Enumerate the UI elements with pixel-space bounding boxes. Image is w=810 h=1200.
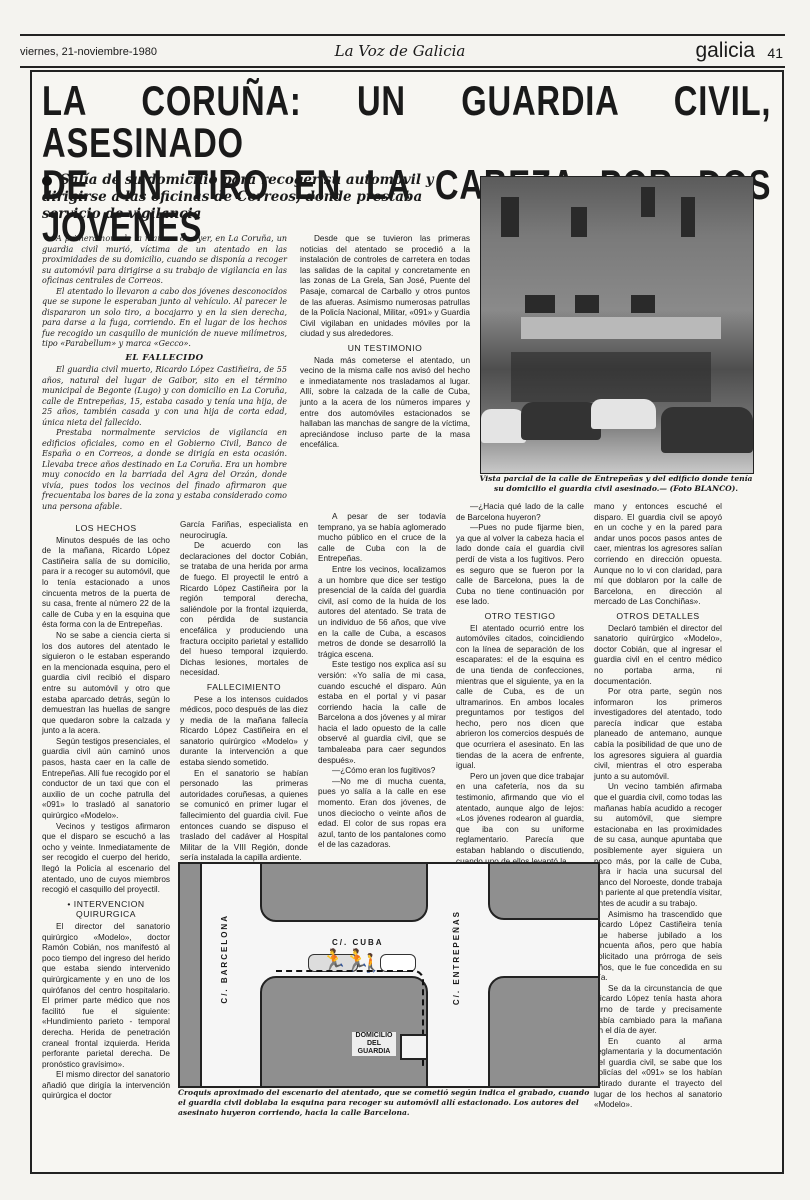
paragraph: Entre los vecinos, localizamos a un homb… [318, 565, 446, 660]
street-label-barcelona: C/. BARCELONA [220, 914, 229, 1004]
paragraph: El director del sanatorio quirúrgico «Mo… [42, 922, 170, 1070]
bullet-icon [42, 176, 52, 186]
masthead: viernes, 21-noviembre-1980 La Voz de Gal… [20, 34, 785, 68]
photo-window [681, 197, 695, 237]
paragraph: El mismo director del sanatorio añadió q… [42, 1070, 170, 1102]
photo-storefront [511, 352, 711, 402]
newspaper-logo: La Voz de Galicia [230, 42, 570, 60]
paragraph: Por otra parte, según nos informaron los… [594, 687, 722, 782]
paragraph: —¿Hacia qué lado de la calle de Barcelon… [456, 502, 584, 523]
lead-column: A primera hora de la mañana de ayer, en … [42, 234, 287, 512]
photo-car [661, 407, 753, 453]
deck-text: Salía de su domicilio para recoger su au… [42, 172, 434, 222]
paragraph: —Pues no pude fijarme bien, ya que al vo… [456, 523, 584, 608]
paragraph: Minutos después de las ocho de la mañana… [42, 536, 170, 631]
photo-window [525, 295, 555, 313]
lead-paragraph: A primera hora de la mañana de ayer, en … [42, 234, 287, 287]
subheadline: Salía de su domicilio para recoger su au… [42, 172, 462, 223]
paragraph: Desde que se tuvieron las primeras notic… [300, 234, 470, 340]
domicilio-label: DOMICILIO DEL GUARDIA [352, 1032, 396, 1056]
street-label-entrepenas: C/. ENTREPEÑAS [452, 910, 461, 1005]
subhead-otro-testigo: OTRO TESTIGO [456, 611, 584, 622]
column-3: A pesar de ser todavía temprano, ya se h… [318, 512, 446, 851]
column-top-right: Desde que se tuvieron las primeras notic… [300, 234, 470, 451]
subhead-los-hechos: LOS HECHOS [42, 523, 170, 534]
paragraph: Pero un joven que dice trabajar en una c… [456, 772, 584, 867]
paragraph: —¿Cómo eran los fugitivos? [318, 766, 446, 777]
column-2: García Fariñas, especialista en neurocir… [180, 520, 308, 864]
map-caption: Croquis aproximado del escenario del ate… [178, 1088, 596, 1118]
article-frame: LA CORUÑA: UN GUARDIA CIVIL, ASESINADO D… [30, 70, 784, 1174]
map-block [178, 862, 202, 1088]
lead-paragraph: El guardia civil muerto, Ricardo López C… [42, 365, 287, 428]
column-4: —¿Hacia qué lado de la calle de Barcelon… [456, 502, 584, 867]
photo-car [591, 399, 656, 429]
house-icon [400, 1034, 428, 1060]
crime-scene-map: C/. CUBA C/. BARCELONA C/. ENTREPEÑAS 🏃🏃… [178, 862, 600, 1088]
subhead-otros-detalles: OTROS DETALLES [594, 611, 722, 622]
map-block [260, 862, 428, 922]
paragraph: Declaró también el director del sanatori… [594, 624, 722, 688]
paragraph: No se sabe a ciencia cierta si los dos a… [42, 631, 170, 737]
street-photo [480, 176, 754, 474]
subhead-fallecimiento: FALLECIMIENTO [180, 682, 308, 693]
photo-window [501, 197, 519, 237]
paragraph: —No me di mucha cuenta, pues yo salía a … [318, 777, 446, 851]
section-name: galicia [695, 39, 755, 63]
lead-paragraph: Prestaba normalmente servicios de vigila… [42, 428, 287, 512]
photo-window [571, 207, 587, 237]
column-1: LOS HECHOS Minutos después de las ocho d… [42, 520, 170, 1102]
subhead-el-fallecido: EL FALLECIDO [42, 353, 287, 364]
photo-balcony [521, 317, 721, 339]
paragraph: Se da la circunstancia de que Ricardo Ló… [594, 984, 722, 1037]
paragraph: De acuerdo con las declaraciones del doc… [180, 541, 308, 679]
paragraph: En cuanto al arma reglamentaria y la doc… [594, 1037, 722, 1111]
paragraph: Según testigos presenciales, el guardia … [42, 737, 170, 822]
subhead-un-testimonio: UN TESTIMONIO [300, 343, 470, 354]
paragraph: En el sanatorio se habían personado las … [180, 769, 308, 864]
page-number: 41 [767, 45, 783, 61]
photo-car [481, 409, 526, 443]
photo-window [641, 187, 655, 217]
photo-window [575, 295, 599, 313]
issue-date: viernes, 21-noviembre-1980 [20, 46, 157, 58]
headline-line-1: LA CORUÑA: UN GUARDIA CIVIL, ASESINADO [42, 80, 771, 164]
paragraph: A pesar de ser todavía temprano, ya se h… [318, 512, 446, 565]
subhead-intervencion: • INTERVENCION QUIRURGICA [42, 899, 170, 920]
column-5: mano y entonces escuché el disparo. El g… [594, 502, 722, 1111]
street-label-cuba: C/. CUBA [332, 938, 384, 947]
paragraph: Nada más cometerse el atentado, un vecin… [300, 356, 470, 451]
paragraph: Un vecino también afirmaba que el guardi… [594, 782, 722, 909]
paragraph: Vecinos y testigos afirmaron que el disp… [42, 822, 170, 896]
map-block [488, 976, 600, 1088]
photo-window [631, 295, 655, 313]
paragraph: El atentado ocurrió entre los automóvile… [456, 624, 584, 772]
photo-caption: Vista parcial de la calle de Entrepeñas … [478, 474, 754, 494]
paragraph: García Fariñas, especialista en neurocir… [180, 520, 308, 541]
map-block [488, 862, 600, 920]
photo-car [521, 402, 601, 440]
paragraph: Este testigo nos explica así su versión:… [318, 660, 446, 766]
paragraph: Asimismo ha trascendido que Ricardo Lópe… [594, 910, 722, 984]
paragraph: Pese a los intensos cuidados médicos, po… [180, 695, 308, 769]
lead-paragraph: El atentado lo llevaron a cabo dos jóven… [42, 287, 287, 350]
paragraph: mano y entonces escuché el disparo. El g… [594, 502, 722, 608]
